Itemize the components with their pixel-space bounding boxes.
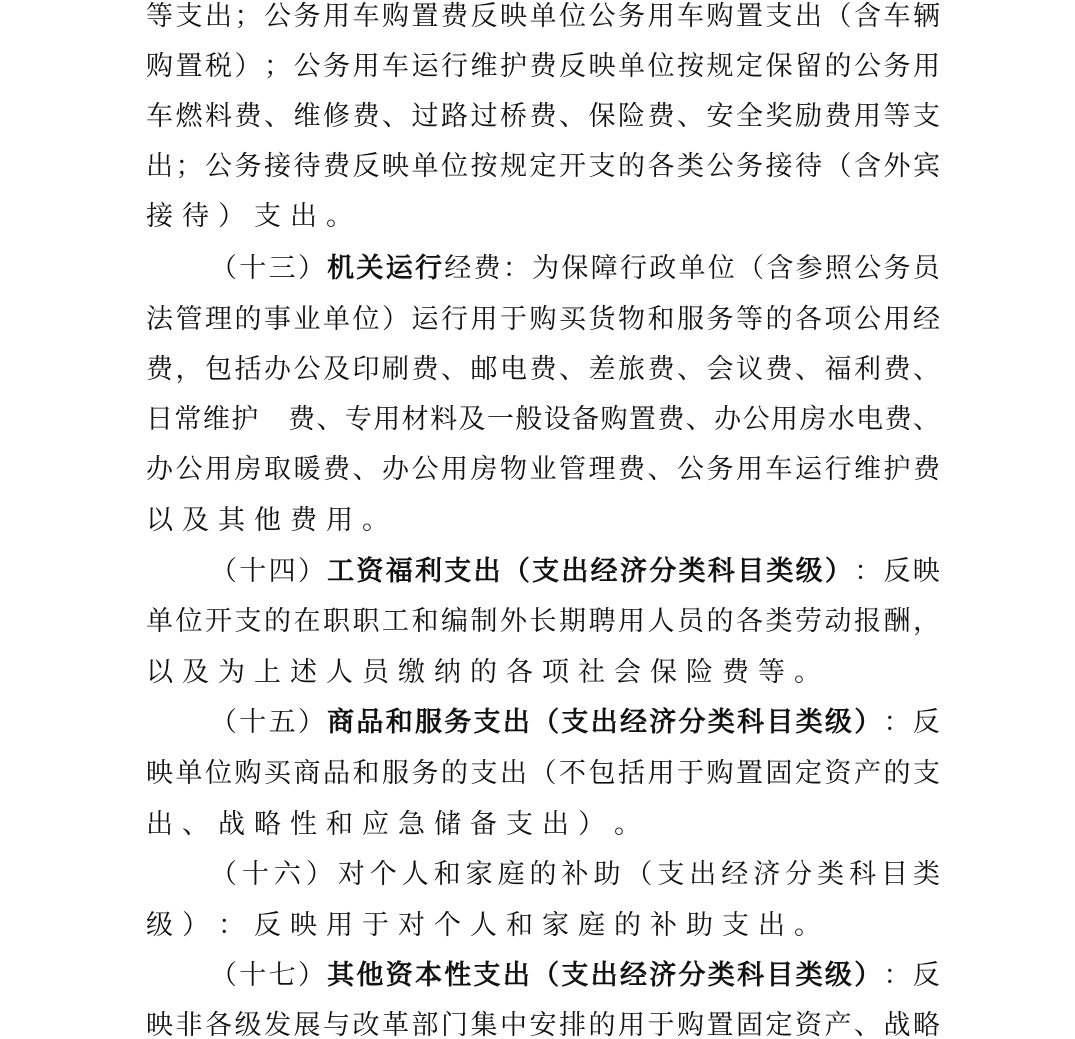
paragraph-text-line: 费，包括办公及印刷费、邮电费、差旅费、会议费、福利费、 bbox=[146, 350, 940, 390]
document-page: 等支出；公务用车购置费反映单位公务用车购置支出（含车辆购置税）；公务用车运行维护… bbox=[0, 0, 1075, 1039]
paragraph-text-line: 以及为上述人员缴纳的各项社会保险费等。 bbox=[146, 653, 940, 693]
paragraph-text-line: 出；公务接待费反映单位按规定开支的各类公务接待（含外宾 bbox=[146, 147, 940, 187]
paragraph-text-line: 日常维护 费、专用材料及一般设备购置费、办公用房水电费、 bbox=[146, 400, 940, 440]
paragraph-text-line: 出、战略性和应急储备支出）。 bbox=[146, 805, 940, 845]
paragraph-heading-line: （十四）工资福利支出（支出经济分类科目类级）：反映 bbox=[210, 552, 940, 592]
paragraph-text-line: 法管理的事业单位）运行用于购买货物和服务等的各项公用经 bbox=[146, 300, 940, 340]
paragraph-heading-line: （十五）商品和服务支出（支出经济分类科目类级）：反 bbox=[210, 703, 940, 743]
paragraph-text-line: 办公用房取暖费、办公用房物业管理费、公务用车运行维护费 bbox=[146, 450, 940, 490]
paragraph-heading-line: （十七）其他资本性支出（支出经济分类科目类级）：反 bbox=[210, 956, 940, 996]
paragraph-text-line: 接待）支出。 bbox=[146, 197, 940, 237]
paragraph-text-line: 映非各级发展与改革部门集中安排的用于购置固定资产、战略 bbox=[146, 1006, 940, 1039]
paragraph-heading-line: （十三）机关运行经费：为保障行政单位（含参照公务员 bbox=[210, 249, 940, 289]
paragraph-text-line: 以及其他费用。 bbox=[146, 501, 940, 541]
paragraph-text-line: 单位开支的在职职工和编制外长期聘用人员的各类劳动报酬， bbox=[146, 602, 940, 642]
paragraph-text-line: 车燃料费、维修费、过路过桥费、保险费、安全奖励费用等支 bbox=[146, 97, 940, 137]
paragraph-text-line: 级）：反映用于对个人和家庭的补助支出。 bbox=[146, 906, 940, 946]
paragraph-text-line: 映单位购买商品和服务的支出（不包括用于购置固定资产的支 bbox=[146, 754, 940, 794]
paragraph-text-line: 等支出；公务用车购置费反映单位公务用车购置支出（含车辆 bbox=[146, 0, 940, 37]
paragraph-heading-line: （十六）对个人和家庭的补助（支出经济分类科目类 bbox=[210, 855, 940, 895]
paragraph-text-line: 购置税）；公务用车运行维护费反映单位按规定保留的公务用 bbox=[146, 47, 940, 87]
